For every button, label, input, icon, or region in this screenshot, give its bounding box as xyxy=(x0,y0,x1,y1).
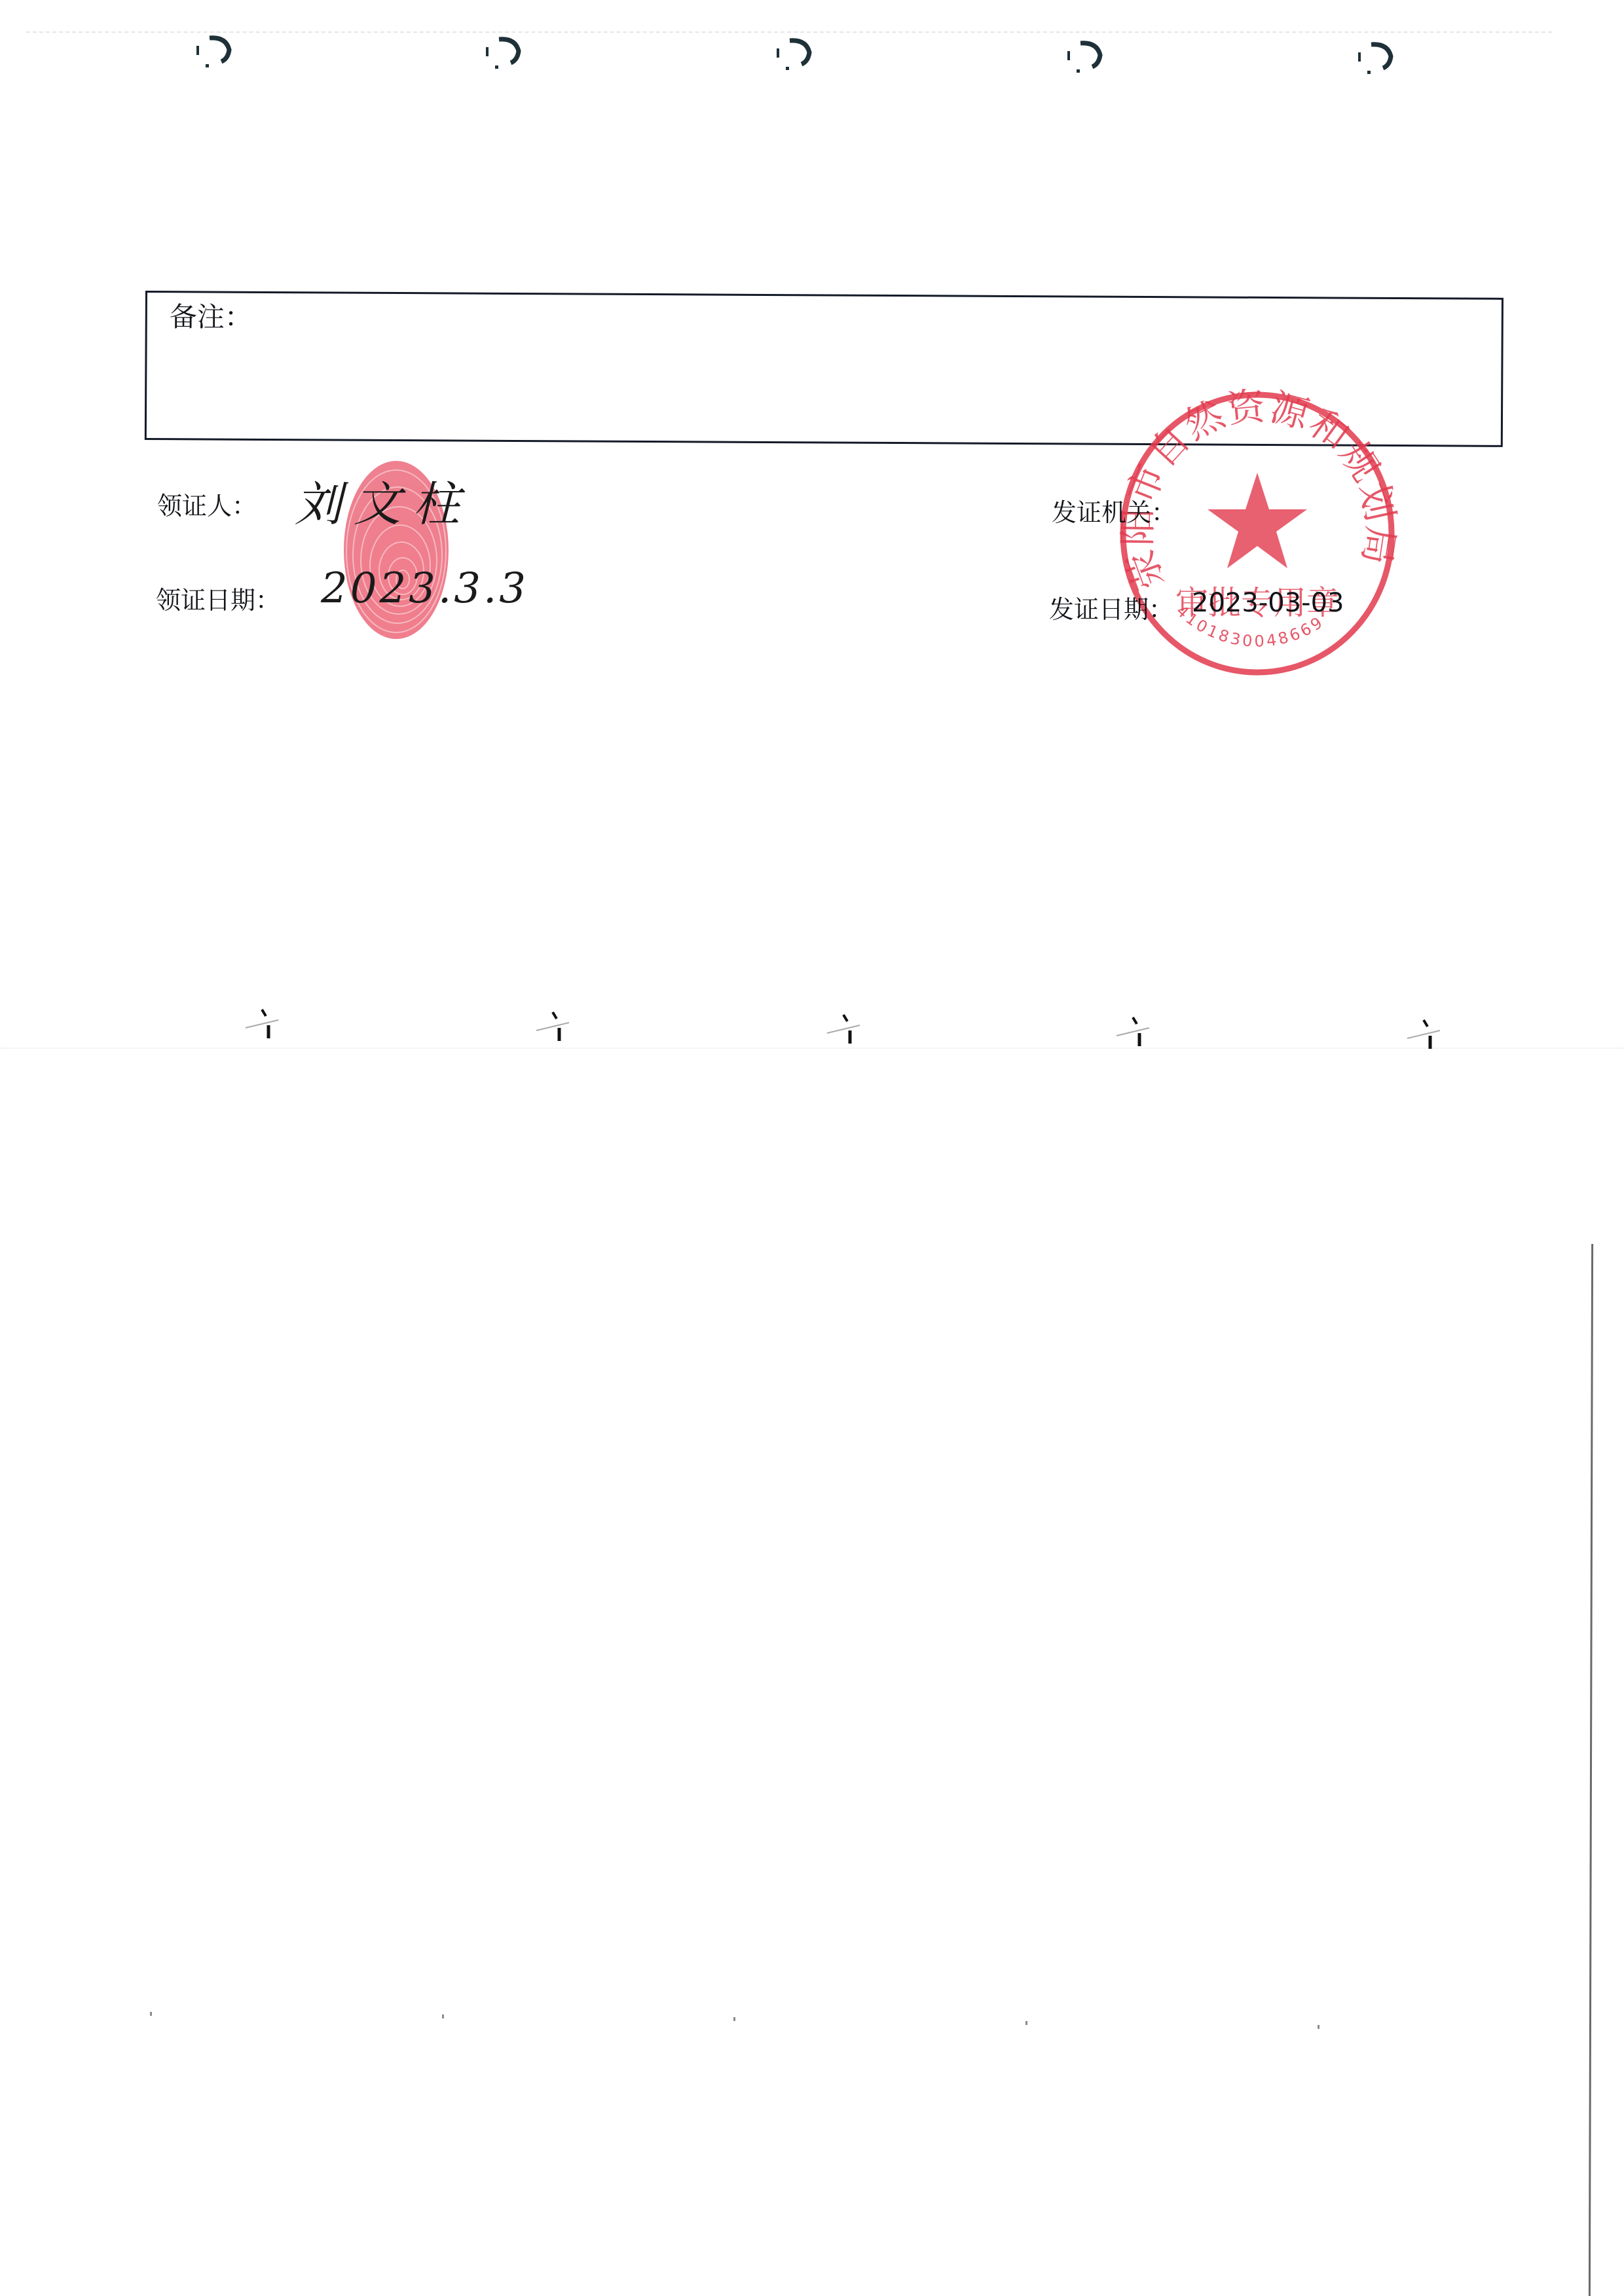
binding-hole-icon xyxy=(770,34,816,73)
recipient-signature: 刘文柱 xyxy=(295,466,471,534)
binding-hole-icon xyxy=(479,33,525,72)
scan-speck xyxy=(1025,2021,1027,2025)
fold-mark-icon xyxy=(242,1002,288,1048)
binding-hole-icon xyxy=(190,31,236,71)
scan-speck xyxy=(442,2014,444,2018)
scan-speck xyxy=(150,2012,152,2016)
page-edge-line xyxy=(1589,1244,1593,2296)
official-seal: 荥阳市自然资源和规划局 审批专用章 4101830048669 xyxy=(1113,386,1401,681)
scan-speck xyxy=(1318,2025,1319,2029)
fold-mark-icon xyxy=(533,1004,579,1050)
star-icon xyxy=(1208,473,1307,568)
fold-mark-icon xyxy=(1404,1012,1450,1058)
receipt-date-handwritten: 2023.3.3 xyxy=(321,564,528,613)
fold-mark-icon xyxy=(824,1007,870,1053)
binding-hole-icon xyxy=(1352,38,1397,77)
recipient-name-label: 领证人： xyxy=(157,486,257,522)
receipt-date-label: 领证日期： xyxy=(156,580,280,616)
top-scan-rule xyxy=(26,31,1552,33)
issue-date-label: 发证日期： xyxy=(1049,589,1173,625)
issue-date-value: 2023-03-03 xyxy=(1192,588,1344,618)
remarks-label: 备注： xyxy=(170,295,252,335)
binding-hole-icon xyxy=(1061,37,1107,76)
issuing-authority-label: 发证机关： xyxy=(1052,492,1176,528)
scan-speck xyxy=(733,2017,735,2021)
fold-rule xyxy=(0,1048,1624,1049)
fold-mark-icon xyxy=(1113,1010,1159,1055)
